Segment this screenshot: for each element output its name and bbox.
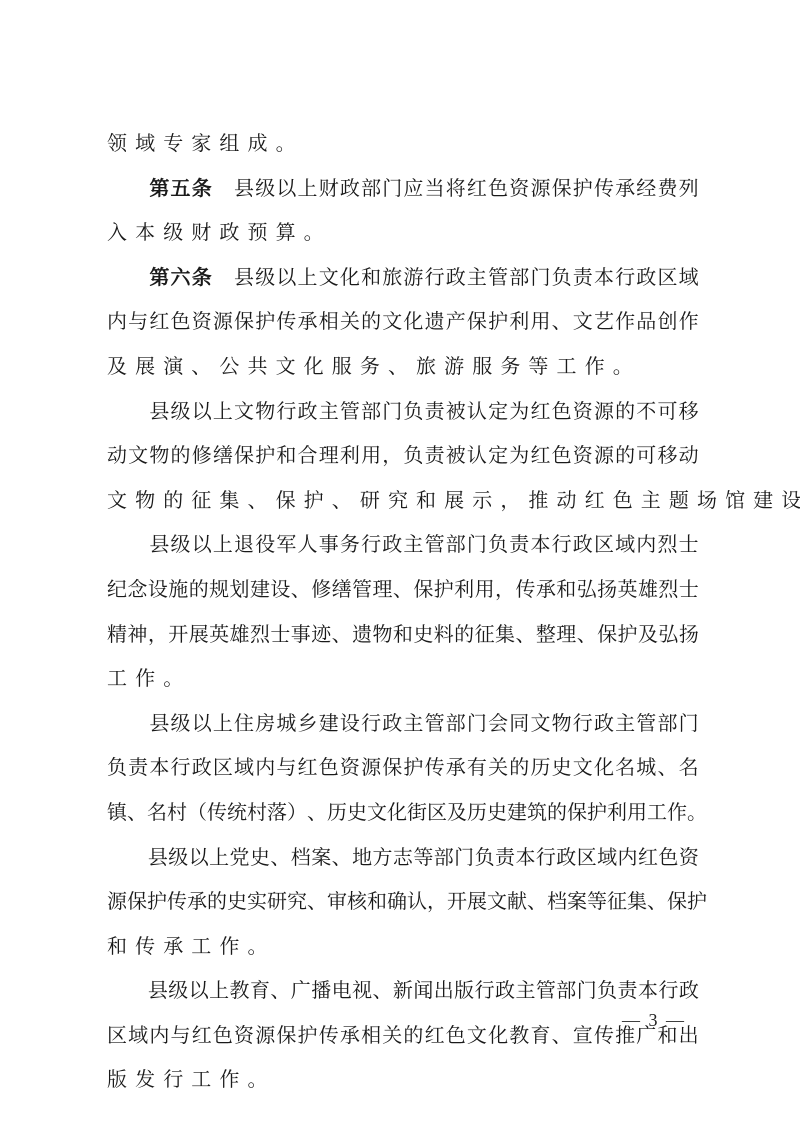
- text-line: 第五条 县级以上财政部门应当将红色资源保护传承经费列: [107, 166, 699, 211]
- text-line: 纪念设施的规划建设、修缮管理、保护利用，传承和弘扬英雄烈士: [107, 567, 699, 612]
- body-text: 领域专家组成。 第五条 县级以上财政部门应当将红色资源保护传承经费列入本级财政预…: [107, 121, 699, 1102]
- text-line: 内与红色资源保护传承相关的文化遗产保护利用、文艺作品创作: [107, 299, 699, 344]
- page-number: — 3 —: [622, 1010, 686, 1031]
- text-line: 县级以上教育、广播电视、新闻出版行政主管部门负责本行政: [107, 968, 699, 1013]
- text-line: 精神，开展英雄烈士事迹、遗物和史料的征集、整理、保护及弘扬: [107, 612, 699, 657]
- text-line: 区域内与红色资源保护传承相关的红色文化教育、宣传推广和出: [107, 1013, 699, 1058]
- text-line: 动文物的修缮保护和合理利用，负责被认定为红色资源的可移动: [107, 433, 699, 478]
- text-line: 县级以上文物行政主管部门负责被认定为红色资源的不可移: [107, 389, 699, 434]
- text-line: 版发行工作。: [107, 1057, 699, 1102]
- text-line: 入本级财政预算。: [107, 210, 699, 255]
- text-line: 及展演、公共文化服务、旅游服务等工作。: [107, 344, 699, 389]
- document-page: 领域专家组成。 第五条 县级以上财政部门应当将红色资源保护传承经费列入本级财政预…: [0, 0, 800, 1132]
- text-line: 县级以上住房城乡建设行政主管部门会同文物行政主管部门: [107, 701, 699, 746]
- text-line: 县级以上退役军人事务行政主管部门负责本行政区域内烈士: [107, 522, 699, 567]
- text-line: 第六条 县级以上文化和旅游行政主管部门负责本行政区域: [107, 255, 699, 300]
- text-line: 源保护传承的史实研究、审核和确认，开展文献、档案等征集、保护: [107, 879, 699, 924]
- text-line: 工作。: [107, 656, 699, 701]
- text-line: 镇、名村（传统村落）、历史文化街区及历史建筑的保护利用工作。: [107, 790, 699, 835]
- text-line: 和传承工作。: [107, 924, 699, 969]
- text-line: 领域专家组成。: [107, 121, 699, 166]
- text-line: 负责本行政区域内与红色资源保护传承有关的历史文化名城、名: [107, 745, 699, 790]
- text-line: 县级以上党史、档案、地方志等部门负责本行政区域内红色资: [107, 835, 699, 880]
- text-line: 文物的征集、保护、研究和展示，推动红色主题场馆建设。: [107, 478, 699, 523]
